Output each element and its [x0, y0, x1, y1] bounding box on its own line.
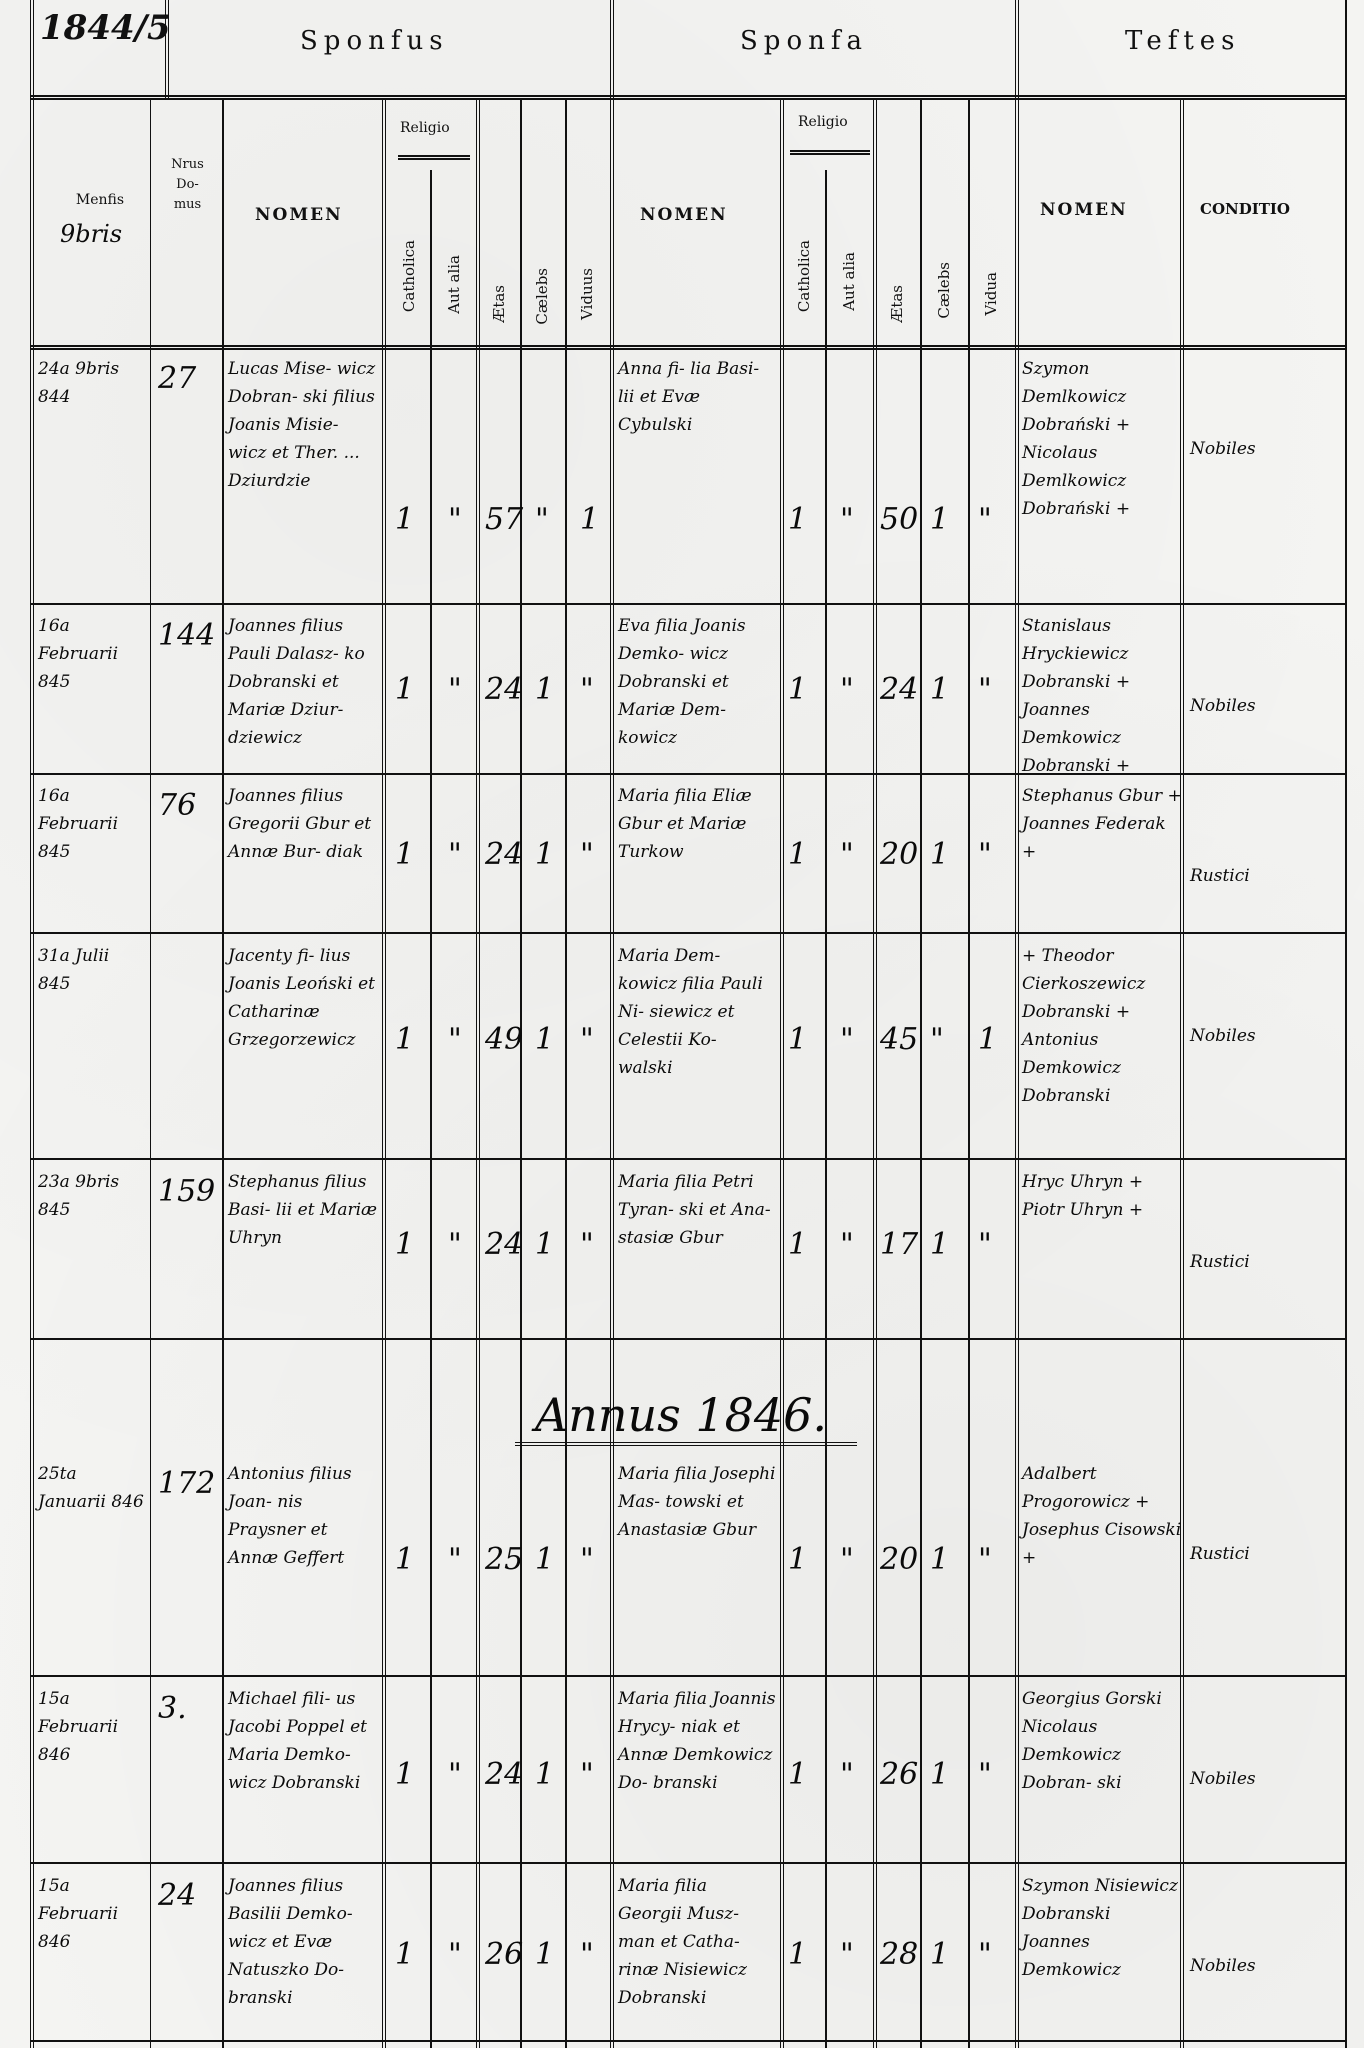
rule-domus — [222, 100, 224, 2048]
entry-date: 31a Julii 845 — [38, 942, 146, 998]
rule-row-7 — [30, 1862, 1345, 1864]
sponsus-caelebs: 1 — [535, 1227, 554, 1262]
sponsa-aut-alia: " — [840, 1542, 854, 1577]
sponsus-caelebs: " — [535, 502, 549, 537]
entry-sponsa-name: Maria filia Georgii Musz- man et Catha- … — [618, 1872, 776, 2012]
entry-conditio: Rustici — [1190, 862, 1340, 890]
rule-header-top — [30, 95, 1345, 100]
sponsus-viduus: " — [580, 672, 594, 707]
entry-sponsa-name: Maria Dem- kowicz filia Pauli Ni- siewic… — [618, 942, 776, 1082]
rule-sponsa-nomen — [780, 100, 784, 2048]
sponsa-catholica: 1 — [788, 1542, 807, 1577]
sponsa-aut-alia: " — [840, 1022, 854, 1057]
sponsus-aetas: 57 — [485, 502, 523, 537]
entry-date: 23a 9bris 845 — [38, 1168, 146, 1224]
sponsa-aetas: 17 — [880, 1227, 918, 1262]
entry-testes-names: Stanislaus Hryckiewicz Dobranski + Joann… — [1022, 612, 1182, 780]
entry-testes-names: Georgius Gorski Nicolaus Demkowicz Dobra… — [1022, 1685, 1182, 1797]
entry-house-number: 27 — [158, 365, 218, 393]
entry-conditio: Nobiles — [1190, 692, 1340, 720]
entry-sponsus-name: Michael fili- us Jacobi Poppel et Maria … — [228, 1685, 378, 1797]
section-sponsa: Sponfa — [740, 26, 868, 56]
sponsus-caelebs: 1 — [535, 1757, 554, 1792]
sponsus-aut-alia: " — [448, 1937, 462, 1972]
border-left — [30, 0, 34, 2048]
entry-house-number: 3. — [158, 1695, 218, 1723]
sponsa-caelebs: 1 — [930, 1937, 949, 1972]
entry-sponsus-name: Joannes filius Gregorii Gbur et Annæ Bur… — [228, 782, 378, 866]
entry-date: 15a Februarii 846 — [38, 1872, 146, 1956]
sponsa-aut-alia: " — [840, 837, 854, 872]
rule-header-bottom — [30, 345, 1345, 350]
entry-testes-names: + Theodor Cierkoszewicz Dobranski + Anto… — [1022, 942, 1182, 1110]
rule-sponsa-cath — [825, 170, 827, 2048]
entry-testes-names: Szymon Nisiewicz Dobranski Joannes Demko… — [1022, 1872, 1182, 1984]
sponsus-aetas: 24 — [485, 1227, 523, 1262]
sponsa-caelebs: 1 — [930, 672, 949, 707]
sponsus-aut-alia: " — [448, 1542, 462, 1577]
sponsus-aetas: 25 — [485, 1542, 523, 1577]
entry-testes-names: Stephanus Gbur + Joannes Federak + — [1022, 782, 1182, 866]
sponsus-viduus: " — [580, 1227, 594, 1262]
sponsus-viduus: " — [580, 1542, 594, 1577]
entry-sponsa-name: Maria filia Josephi Mas- towski et Anast… — [618, 1460, 776, 1544]
sponsus-aut-alia: " — [448, 1022, 462, 1057]
sponsus-caelebs: 1 — [535, 837, 554, 872]
col-sponsa-religio: Religio — [798, 112, 848, 132]
rule-row-4 — [30, 1158, 1345, 1160]
entry-sponsa-name: Anna fi- lia Basi- lii et Evæ Cybulski — [618, 355, 776, 439]
sponsa-aut-alia: " — [840, 1937, 854, 1972]
sponsus-catholica: 1 — [395, 1542, 414, 1577]
entry-date: 24a 9bris 844 — [38, 355, 146, 411]
sponsus-caelebs: 1 — [535, 1022, 554, 1057]
col-sponsa-nomen: NOMEN — [640, 205, 728, 225]
sponsus-aut-alia: " — [448, 837, 462, 872]
rule-religio — [476, 100, 480, 2048]
sponsa-catholica: 1 — [788, 837, 807, 872]
entry-testes-names: Adalbert Progorowicz + Josephus Cisowski… — [1022, 1460, 1182, 1572]
col-sponsa-caelebs: Cælebs — [935, 262, 953, 319]
sponsus-catholica: 1 — [395, 502, 414, 537]
sponsa-vidua: " — [978, 837, 992, 872]
col-sponsus-aetas: Ætas — [490, 285, 508, 323]
sponsa-aetas: 50 — [880, 502, 918, 537]
rule-row-8 — [30, 2040, 1345, 2042]
sponsa-vidua: " — [978, 672, 992, 707]
rule-cath — [430, 170, 432, 2048]
sponsus-aut-alia: " — [448, 672, 462, 707]
col-conditio: CONDITIO — [1200, 200, 1290, 218]
sponsa-caelebs: 1 — [930, 502, 949, 537]
section-sponsus: Sponfus — [300, 26, 449, 56]
sponsa-vidua: " — [978, 1542, 992, 1577]
sponsa-aetas: 24 — [880, 672, 918, 707]
rule-aetas — [520, 100, 522, 2048]
sponsa-vidua: " — [978, 1757, 992, 1792]
sponsa-caelebs: 1 — [930, 837, 949, 872]
rule-sponsa-left — [610, 0, 614, 2048]
entry-testes-names: Szymon Demlkowicz Dobrański + Nicolaus D… — [1022, 355, 1182, 523]
rule-row-5 — [30, 1338, 1345, 1340]
entry-conditio: Rustici — [1190, 1540, 1340, 1568]
sponsus-caelebs: 1 — [535, 1542, 554, 1577]
entry-sponsus-name: Joannes filius Pauli Dalasz- ko Dobransk… — [228, 612, 378, 752]
entry-sponsa-name: Maria filia Eliæ Gbur et Mariæ Turkow — [618, 782, 776, 866]
sponsus-aut-alia: " — [448, 1757, 462, 1792]
rule-caelebs — [565, 100, 567, 2048]
sponsus-aetas: 24 — [485, 1757, 523, 1792]
sponsus-caelebs: 1 — [535, 672, 554, 707]
sponsa-vidua: " — [978, 502, 992, 537]
register-page: 1844/5 Sponfus Sponfa Teftes Menfis 9bri… — [0, 0, 1364, 2048]
sponsus-viduus: " — [580, 1022, 594, 1057]
rule-row-3 — [30, 932, 1345, 934]
sponsa-catholica: 1 — [788, 672, 807, 707]
sponsa-vidua: " — [978, 1227, 992, 1262]
entry-sponsus-name: Stephanus filius Basi- lii et Mariæ Uhry… — [228, 1168, 378, 1252]
sponsus-catholica: 1 — [395, 837, 414, 872]
sponsa-aut-alia: " — [840, 1227, 854, 1262]
border-right — [1345, 0, 1347, 2048]
entry-sponsus-name: Lucas Mise- wicz Dobran- ski filius Joan… — [228, 355, 378, 495]
sponsus-aetas: 24 — [485, 672, 523, 707]
sponsus-caelebs: 1 — [535, 1937, 554, 1972]
sponsa-aetas: 20 — [880, 837, 918, 872]
sponsa-caelebs: " — [930, 1022, 944, 1057]
sponsa-catholica: 1 — [788, 1757, 807, 1792]
entry-sponsa-name: Maria filia Joannis Hrycy- niak et Annæ … — [618, 1685, 776, 1797]
entry-conditio: Nobiles — [1190, 1952, 1340, 1980]
sponsa-caelebs: 1 — [930, 1757, 949, 1792]
entry-date: 25ta Januarii 846 — [38, 1460, 146, 1516]
entry-sponsus-name: Antonius filius Joan- nis Praysner et An… — [228, 1460, 378, 1572]
sponsus-viduus: 1 — [580, 502, 599, 537]
sponsa-vidua: " — [978, 1937, 992, 1972]
year-mark: 1844/5 — [40, 8, 171, 48]
sponsus-aetas: 26 — [485, 1937, 523, 1972]
entry-sponsus-name: Joannes filius Basilii Demko- wicz et Ev… — [228, 1872, 378, 2012]
sponsus-catholica: 1 — [395, 1227, 414, 1262]
entry-house-number: 144 — [158, 622, 218, 650]
sponsus-viduus: " — [580, 1757, 594, 1792]
entry-house-number: 76 — [158, 792, 218, 820]
year-heading: Annus 1846. — [515, 1388, 857, 1446]
col-sponsus-religio: Religio — [400, 118, 450, 138]
rule-sponsa-religio — [873, 100, 877, 2048]
sponsus-viduus: " — [580, 1937, 594, 1972]
sponsa-caelebs: 1 — [930, 1542, 949, 1577]
col-sponsus-nomen: NOMEN — [255, 205, 343, 225]
sponsus-viduus: " — [580, 837, 594, 872]
entry-house-number: 24 — [158, 1882, 218, 1910]
col-sponsa-aut-alia: Aut alia — [840, 252, 858, 311]
entry-house-number: 172 — [158, 1470, 218, 1498]
entry-conditio: Nobiles — [1190, 1022, 1340, 1050]
sponsus-catholica: 1 — [395, 672, 414, 707]
entry-conditio: Nobiles — [1190, 1765, 1340, 1793]
col-sponsus-catholica: Catholica — [400, 240, 418, 312]
col-sponsa-catholica: Catholica — [795, 240, 813, 312]
sponsa-aetas: 28 — [880, 1937, 918, 1972]
mensis-note: 9bris — [60, 220, 122, 248]
col-sponsus-aut-alia: Aut alia — [445, 255, 463, 314]
rule-row-6 — [30, 1675, 1345, 1677]
sponsus-aetas: 24 — [485, 837, 523, 872]
col-sponsus-viduus: Viduus — [578, 268, 596, 320]
entry-conditio: Rustici — [1190, 1248, 1340, 1276]
sponsa-catholica: 1 — [788, 1937, 807, 1972]
entry-date: 15a Februarii 846 — [38, 1685, 146, 1769]
sponsa-catholica: 1 — [788, 1227, 807, 1262]
entry-testes-names: Hryc Uhryn + Piotr Uhryn + — [1022, 1168, 1182, 1224]
sponsus-aetas: 49 — [485, 1022, 523, 1057]
sponsa-aetas: 26 — [880, 1757, 918, 1792]
entry-date: 16a Februarii 845 — [38, 782, 146, 866]
sponsa-aetas: 20 — [880, 1542, 918, 1577]
section-testes: Teftes — [1125, 26, 1241, 56]
sponsa-aut-alia: " — [840, 1757, 854, 1792]
sponsus-catholica: 1 — [395, 1022, 414, 1057]
rule-sponsa-caelebs — [968, 100, 970, 2048]
entry-sponsus-name: Jacenty fi- lius Joanis Leoński et Catha… — [228, 942, 378, 1054]
rule-mensis — [150, 100, 151, 2048]
sponsa-catholica: 1 — [788, 1022, 807, 1057]
sponsa-catholica: 1 — [788, 502, 807, 537]
entry-date: 16a Februarii 845 — [38, 612, 146, 696]
rule-testes-left — [1015, 0, 1019, 2048]
sponsa-aetas: 45 — [880, 1022, 918, 1057]
entry-sponsa-name: Eva filia Joanis Demko- wicz Dobranski e… — [618, 612, 776, 752]
sponsa-aut-alia: " — [840, 672, 854, 707]
sponsus-catholica: 1 — [395, 1757, 414, 1792]
sponsus-aut-alia: " — [448, 1227, 462, 1262]
religio-rule-sponsus — [398, 155, 470, 160]
sponsa-caelebs: 1 — [930, 1227, 949, 1262]
sponsus-catholica: 1 — [395, 1937, 414, 1972]
col-mensis: Menfis — [60, 190, 140, 210]
entry-conditio: Nobiles — [1190, 435, 1340, 463]
col-nrus-domus: Nrus Do- mus — [165, 155, 210, 215]
religio-rule-sponsa — [790, 150, 870, 155]
col-sponsus-caelebs: Cælebs — [533, 268, 551, 325]
rule-nomen — [382, 100, 386, 2048]
col-testes-nomen: NOMEN — [1040, 200, 1128, 220]
col-sponsa-aetas: Ætas — [888, 285, 906, 323]
sponsa-vidua: 1 — [978, 1022, 997, 1057]
sponsus-aut-alia: " — [448, 502, 462, 537]
col-sponsa-vidua: Vidua — [982, 272, 1000, 316]
entry-house-number: 159 — [158, 1178, 218, 1206]
rule-row-1 — [30, 603, 1345, 605]
sponsa-aut-alia: " — [840, 502, 854, 537]
rule-sponsa-aetas — [920, 100, 922, 2048]
entry-sponsa-name: Maria filia Petri Tyran- ski et Ana- sta… — [618, 1168, 776, 1252]
